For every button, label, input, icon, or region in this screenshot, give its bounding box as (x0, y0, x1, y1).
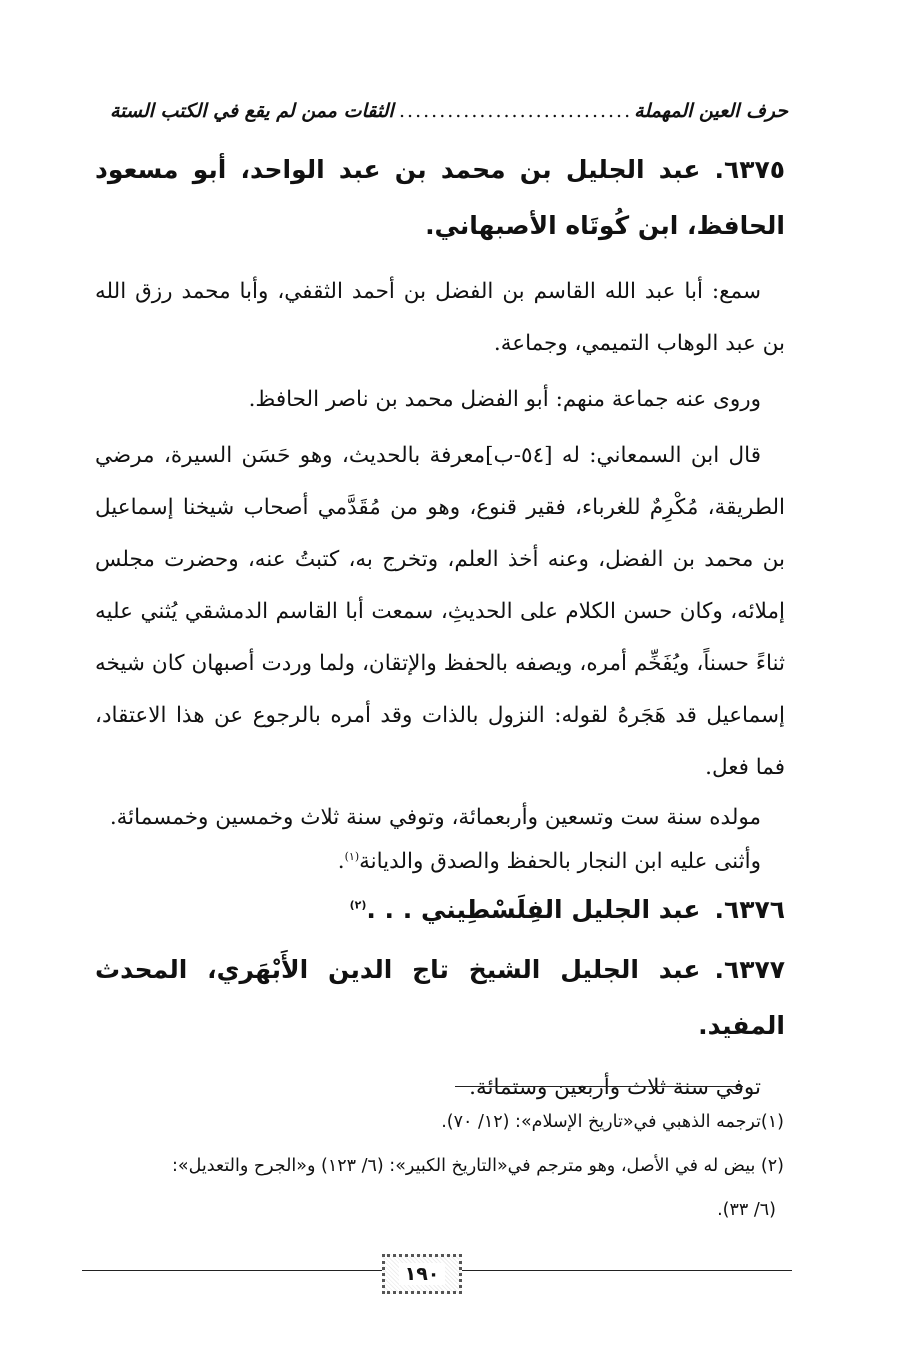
footnote-1: (١)ترجمه الذهبي في«تاريخ الإسلام»: (١٢/ … (92, 1100, 784, 1144)
footnote-2-continued: (٦/ ٣٣). (92, 1188, 784, 1232)
footnote-ref-2[interactable]: (٢) (350, 899, 367, 912)
header-dot-leader: .............................. (396, 100, 632, 122)
footnote-separator (455, 1086, 743, 1087)
entry-6377: ٦٣٧٧.عبد الجليل الشيخ تاج الدين الأَبْهَ… (95, 942, 785, 1114)
footnotes: (١)ترجمه الذهبي في«تاريخ الإسلام»: (١٢/ … (92, 1100, 784, 1232)
entry-name: عبد الجليل بن محمد بن عبد الواحد، أبو مس… (95, 155, 785, 240)
header-chapter: حرف العين المهملة (634, 100, 788, 122)
entry-name: عبد الجليل الشيخ تاج الدين الأَبْهَري، ا… (95, 955, 785, 1040)
header-section: الثقات ممن لم يقع في الكتب الستة (110, 100, 394, 122)
praise-end: . (338, 849, 345, 874)
entry-6375-body: سمع: أبا عبد الله القاسم بن الفضل بن أحم… (95, 266, 785, 884)
entry-number: ٦٣٧٦. (714, 895, 785, 924)
footnote-2: (٢) بيض له في الأصل، وهو مترجم في«التاري… (92, 1144, 784, 1188)
entry-6376: ٦٣٧٦.عبد الجليل الفِلَسْطِيني . . .(٢) (95, 882, 785, 938)
page-number-box: ١٩٠ (382, 1254, 462, 1294)
paragraph-birth-death: مولده سنة ست وتسعين وأربعمائة، وتوفي سنة… (95, 796, 785, 840)
page-number: ١٩٠ (399, 1263, 446, 1285)
paragraph-narrators: وروى عنه جماعة منهم: أبو الفضل محمد بن ن… (95, 374, 785, 426)
folio-rule-left (82, 1270, 382, 1271)
book-page: حرف العين المهملة ......................… (0, 0, 897, 1358)
footnote-ref-1[interactable]: (١) (345, 850, 360, 863)
entry-number: ٦٣٧٧. (714, 955, 785, 984)
paragraph-ibn-samaani: قال ابن السمعاني: له [٥٤-ب]معرفة بالحديث… (95, 430, 785, 794)
praise-text: وأثنى عليه ابن النجار بالحفظ والصدق والد… (359, 849, 761, 874)
entry-title: ٦٣٧٦.عبد الجليل الفِلَسْطِيني . . .(٢) (95, 882, 785, 938)
paragraph-heard-from: سمع: أبا عبد الله القاسم بن الفضل بن أحم… (95, 266, 785, 370)
folio-rule-right (462, 1270, 792, 1271)
entry-name: عبد الجليل الفِلَسْطِيني . . . (366, 895, 700, 924)
running-header: حرف العين المهملة ......................… (110, 94, 788, 128)
paragraph-praise: وأثنى عليه ابن النجار بالحفظ والصدق والد… (95, 840, 785, 884)
entry-title: ٦٣٧٥.عبد الجليل بن محمد بن عبد الواحد، أ… (95, 142, 785, 254)
entry-6375: ٦٣٧٥.عبد الجليل بن محمد بن عبد الواحد، أ… (95, 142, 785, 254)
entry-number: ٦٣٧٥. (714, 155, 785, 184)
entry-title: ٦٣٧٧.عبد الجليل الشيخ تاج الدين الأَبْهَ… (95, 942, 785, 1054)
